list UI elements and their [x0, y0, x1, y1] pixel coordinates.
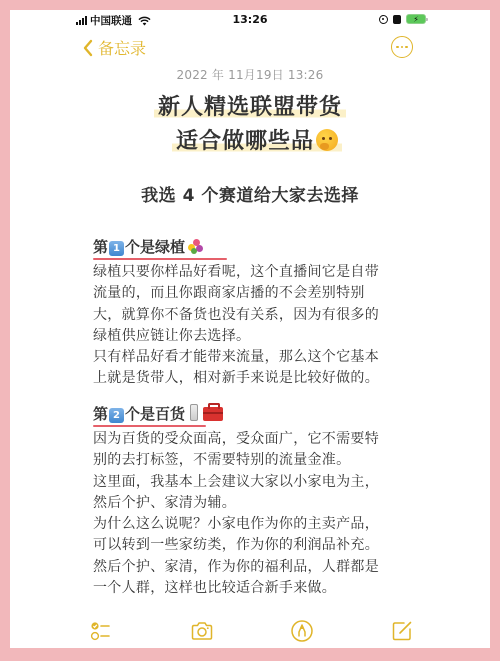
section-1: 第1个是绿植 绿植只要你样品好看呢，这个直播间它是自带 流量的，而且你跟商家店播…: [93, 236, 463, 390]
compose-button[interactable]: [389, 618, 415, 644]
checklist-icon: [89, 619, 113, 643]
bouquet-emoji: [187, 238, 204, 254]
keycap-1-emoji: 1: [109, 241, 124, 256]
section-2-heading: 第2个是百货: [93, 403, 223, 425]
nav-bar: 备忘录: [10, 32, 490, 64]
keycap-2-emoji: 2: [109, 408, 124, 423]
rotation-lock-icon: [379, 15, 388, 24]
section-2: 第2个是百货 因为百货的受众面高，受众面广，它不需要特 别的去打标签，不需要特别…: [93, 403, 463, 599]
camera-icon: [190, 619, 214, 643]
section-1-heading: 第1个是绿植: [93, 236, 204, 258]
status-right: ⚡: [379, 14, 426, 24]
markup-button[interactable]: [289, 618, 315, 644]
more-button[interactable]: [391, 36, 413, 58]
battery-charging-icon: ⚡: [406, 14, 426, 24]
thinking-face-emoji: [316, 129, 338, 151]
compose-icon: [390, 619, 414, 643]
section-2-body: 因为百货的受众面高，受众面广，它不需要特 别的去打标签，不需要特别的流量金准。 …: [93, 429, 463, 599]
notes-screen: 中国联通 13:26 ⚡ 备忘录 2022 年 11月19日 13:26: [10, 10, 490, 648]
pen-tip-icon: [290, 619, 314, 643]
toolbox-emoji: [203, 407, 223, 421]
camera-button[interactable]: [189, 618, 215, 644]
note-subtitle: 我选 4 个赛道给大家去选择: [10, 181, 490, 206]
note-title-line-2: 适合做哪些品: [172, 124, 342, 155]
bottom-toolbar: [10, 618, 490, 648]
note-title-line-1: 新人精选联盟带货: [154, 90, 346, 121]
chevron-left-icon: [82, 39, 94, 57]
status-bar: 中国联通 13:26 ⚡: [10, 10, 490, 30]
note-date: 2022 年 11月19日 13:26: [10, 66, 490, 83]
back-button[interactable]: 备忘录: [82, 36, 146, 59]
back-label: 备忘录: [98, 36, 146, 59]
section-1-body: 绿植只要你样品好看呢，这个直播间它是自带 流量的，而且你跟商家店播的不会差别特别…: [93, 262, 463, 390]
ellipsis-circle-icon: [396, 46, 399, 49]
bottle-emoji: [190, 404, 198, 421]
checklist-button[interactable]: [88, 618, 114, 644]
alarm-icon: [393, 15, 401, 24]
